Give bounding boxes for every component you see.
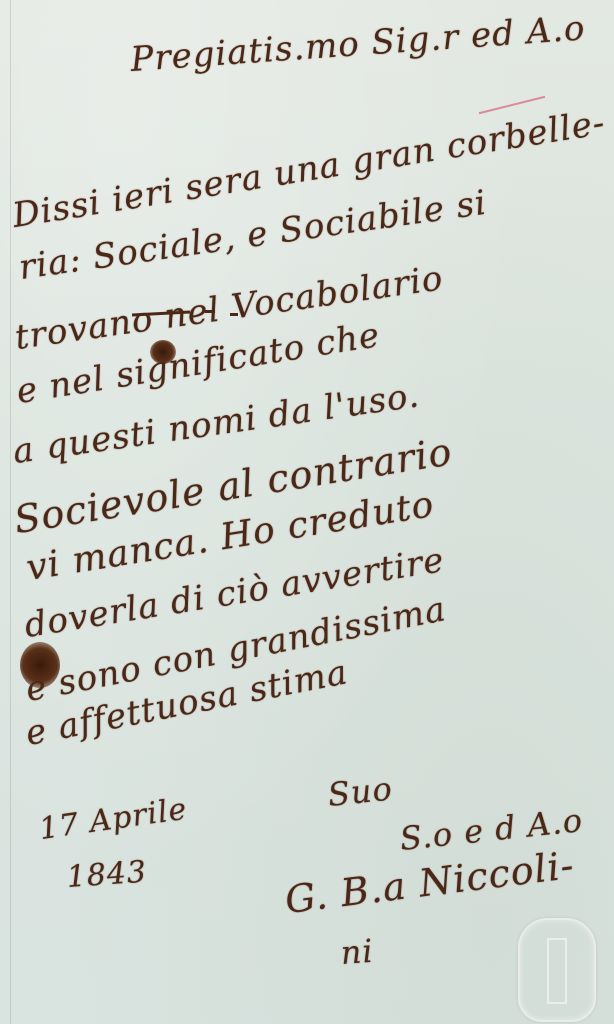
red-pencil-mark (479, 96, 545, 114)
letter-sheet: Pregiatis.mo Sig.r ed A.o Dissi ieri ser… (0, 0, 614, 1024)
signature-line-2: ni (339, 932, 374, 972)
date-year: 1843 (66, 854, 149, 895)
embossed-seal-icon (518, 918, 596, 1022)
date-day-month: 17 Aprile (37, 792, 189, 847)
paper-edge-line (10, 0, 11, 1024)
closing-line-1: Suo (326, 769, 394, 814)
embossed-seal-center (547, 938, 567, 1004)
salutation: Pregiatis.mo Sig.r ed A.o (129, 8, 586, 80)
